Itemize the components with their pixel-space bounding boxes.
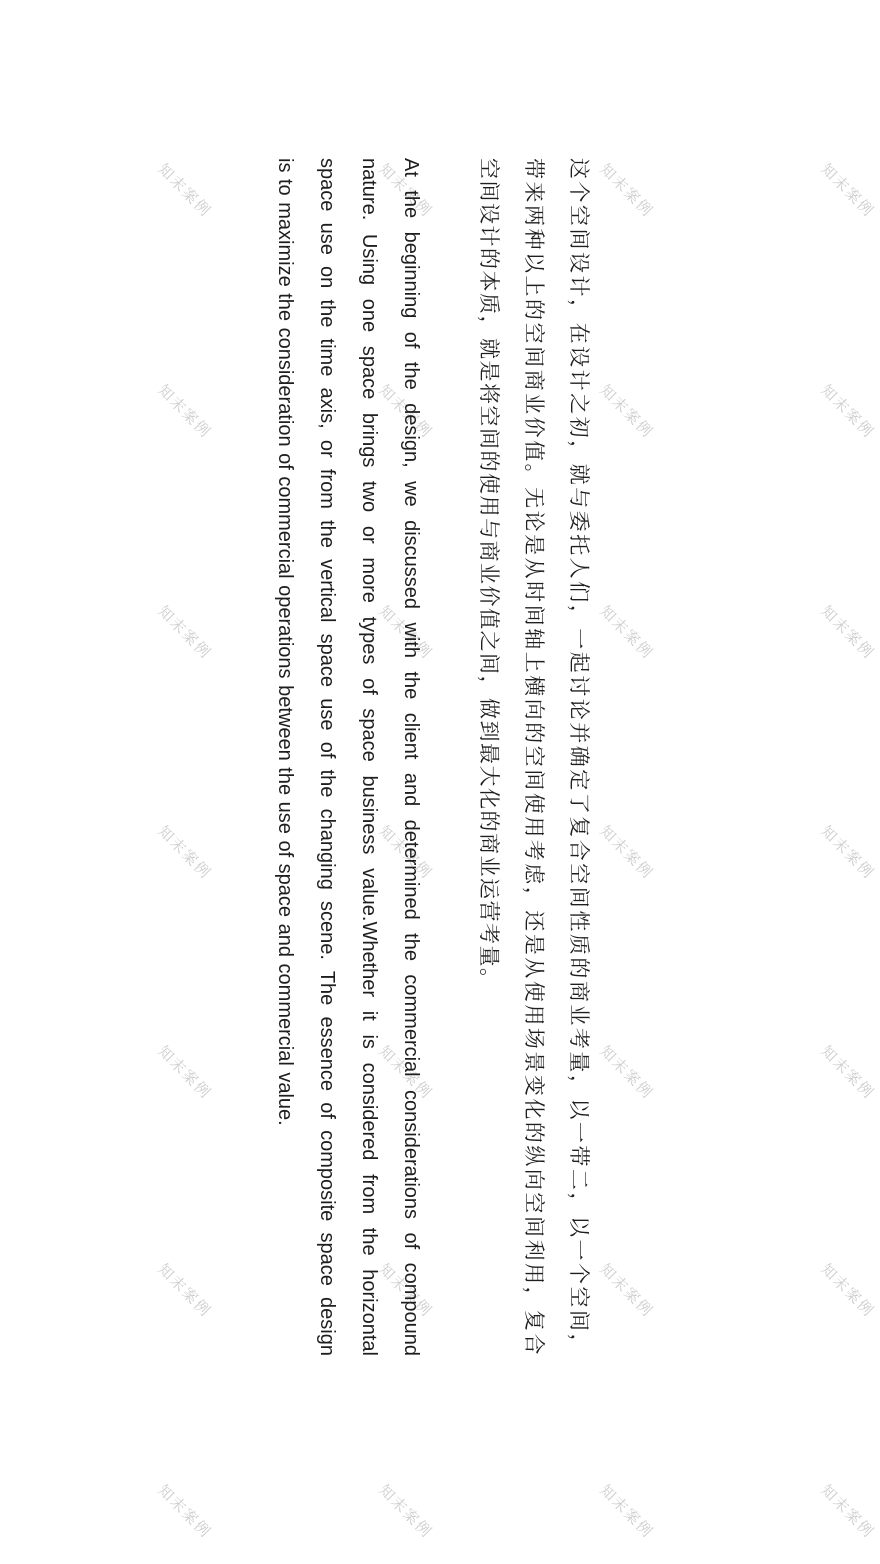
watermark-text: 知末案例 (596, 601, 659, 664)
chinese-paragraph-line-1: 这个空间设计，在设计之初，就与委托人们，一起讨论并确定了复合空间性质的商业考量，… (556, 158, 601, 1356)
english-paragraph-line-4: is to maximize the consideration of comm… (264, 158, 306, 1356)
watermark-text: 知末案例 (817, 1480, 880, 1543)
english-paragraph-line-3: space use on the time axis, or from the … (306, 158, 348, 1356)
watermark-text: 知末案例 (154, 380, 217, 443)
english-paragraph-line-2: nature. Using one space brings two or mo… (348, 158, 390, 1356)
chinese-paragraph-line-2: 带来两种以上的空间商业价值。无论是从时间轴上横向的空间使用考虑，还是从使用场景变… (511, 158, 556, 1356)
watermark-text: 知末案例 (154, 601, 217, 664)
watermark-text: 知末案例 (817, 159, 880, 222)
watermark-text: 知末案例 (596, 1259, 659, 1322)
chinese-paragraph-line-3: 空间设计的本质，就是将空间的使用与商业价值之间，做到最大化的商业运营考量。 (466, 158, 511, 1356)
english-paragraph: At the beginning of the design, we discu… (264, 158, 432, 1356)
watermark-text: 知末案例 (154, 1259, 217, 1322)
rotated-page-canvas: 知末案例知末案例知末案例知末案例知末案例知末案例知末案例知末案例知末案例知末案例… (0, 0, 880, 1564)
english-paragraph-line-1: At the beginning of the design, we discu… (390, 158, 432, 1356)
watermark-text: 知末案例 (596, 159, 659, 222)
watermark-text: 知末案例 (596, 1480, 659, 1543)
watermark-text: 知末案例 (596, 380, 659, 443)
watermark-text: 知末案例 (154, 821, 217, 884)
watermark-text: 知末案例 (154, 159, 217, 222)
watermark-text: 知末案例 (817, 1259, 880, 1322)
chinese-paragraph: 这个空间设计，在设计之初，就与委托人们，一起讨论并确定了复合空间性质的商业考量，… (466, 158, 601, 1356)
watermark-text: 知末案例 (817, 380, 880, 443)
watermark-text: 知末案例 (817, 821, 880, 884)
watermark-text: 知末案例 (375, 1480, 438, 1543)
watermark-text: 知末案例 (596, 821, 659, 884)
watermark-text: 知末案例 (154, 1041, 217, 1104)
watermark-text: 知末案例 (817, 1041, 880, 1104)
watermark-text: 知末案例 (596, 1041, 659, 1104)
watermark-text: 知末案例 (817, 601, 880, 664)
text-block: 这个空间设计，在设计之初，就与委托人们，一起讨论并确定了复合空间性质的商业考量，… (264, 158, 601, 1356)
watermark-text: 知末案例 (154, 1480, 217, 1543)
